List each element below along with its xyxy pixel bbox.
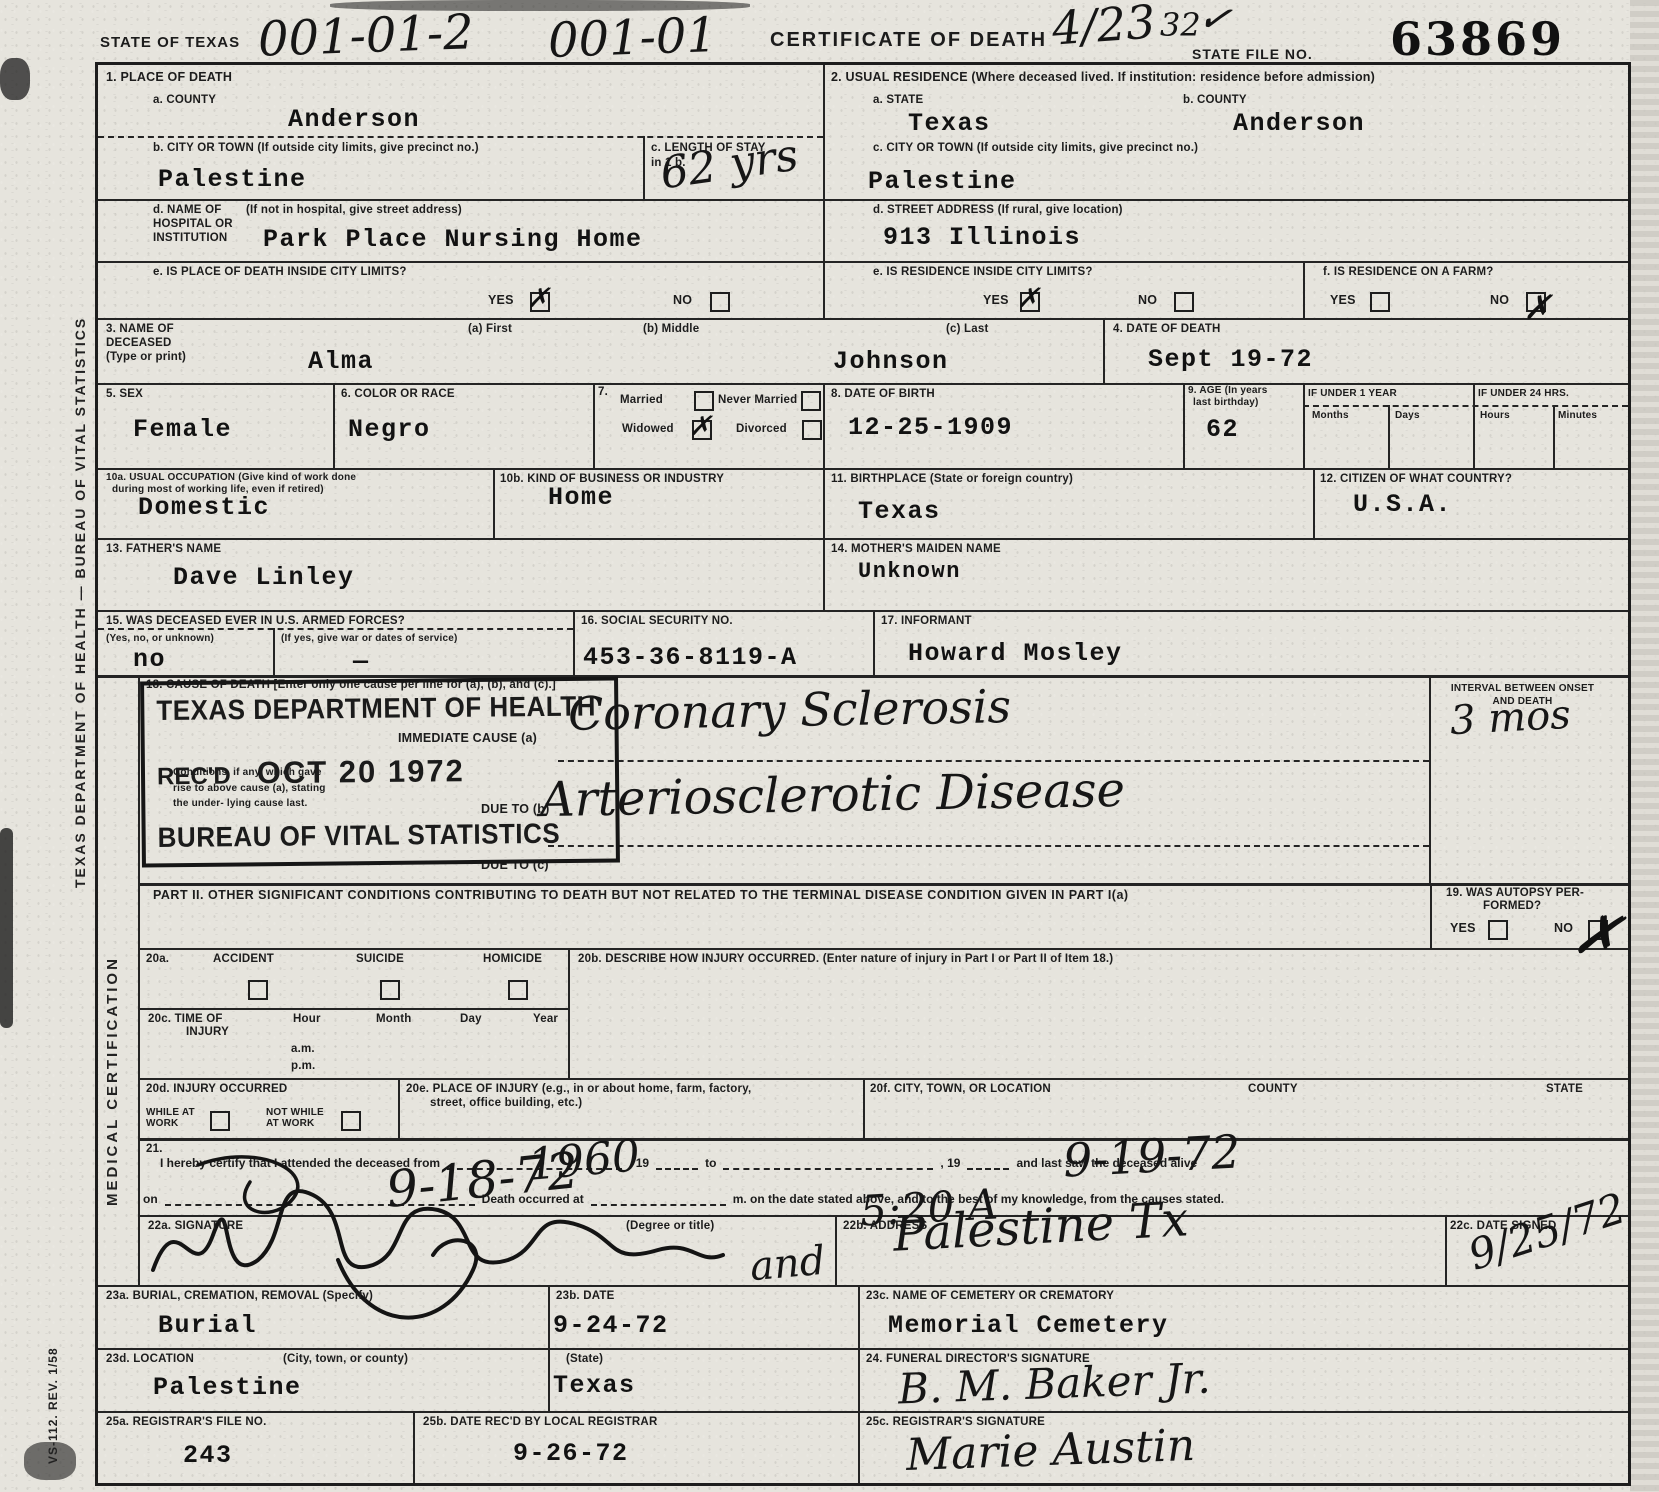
grid-line <box>1313 468 1315 538</box>
residence-county-label: b. COUNTY <box>1183 93 1247 107</box>
while-at-work-checkbox <box>210 1111 230 1131</box>
cause-a-handwritten: Coronary Sclerosis <box>568 679 1012 741</box>
while-at-work-label-2: WORK <box>146 1118 178 1131</box>
marital-label: 7. <box>598 385 608 399</box>
hospital-label-2: HOSPITAL OR <box>153 217 233 231</box>
certificate-form-grid: 1. PLACE OF DEATH a. COUNTY Anderson 2. … <box>95 62 1631 1486</box>
birthplace-label: 11. BIRTHPLACE (State or foreign country… <box>831 472 1073 486</box>
grid-line <box>273 628 275 675</box>
grid-line <box>1303 383 1305 468</box>
suicide-label: SUICIDE <box>356 952 404 966</box>
residence-city-label: c. CITY OR TOWN (If outside city limits,… <box>873 141 1198 155</box>
grid-line <box>1183 383 1185 468</box>
date-of-death-label: 4. DATE OF DEATH <box>1113 322 1221 336</box>
injury-state-label: STATE <box>1546 1082 1583 1096</box>
residence-city-limits-no-checkbox <box>1174 292 1194 312</box>
grid-line <box>413 1411 415 1483</box>
residence-state-label: a. STATE <box>873 93 923 107</box>
form-code: VS-112. REV. 1/58 <box>46 1347 60 1464</box>
divorced-checkbox <box>802 420 822 440</box>
sex-value: Female <box>133 415 232 444</box>
grid-line <box>493 468 495 538</box>
citizen-label: 12. CITIZEN OF WHAT COUNTRY? <box>1320 472 1512 486</box>
autopsy-label-2: FORMED? <box>1483 899 1541 913</box>
check-mark: ✗ <box>1017 283 1040 314</box>
homicide-checkbox <box>508 980 528 1000</box>
signature-label: 22a. SIGNATURE <box>148 1219 243 1233</box>
degree-title-label: (Degree or title) <box>626 1219 714 1233</box>
no-label: NO <box>1138 293 1157 309</box>
residence-farm-no-checkbox: ✗ <box>1526 292 1546 312</box>
grid-line <box>1553 405 1555 468</box>
age-value: 62 <box>1206 415 1239 444</box>
grid-line <box>398 1078 400 1138</box>
grid-line <box>98 318 1628 320</box>
file-no-label: STATE FILE NO. <box>1192 46 1313 64</box>
days-label: Days <box>1395 410 1420 423</box>
never-married-label: Never Married <box>718 393 797 407</box>
cause-a-line <box>558 760 1429 762</box>
state-label: STATE OF TEXAS <box>100 34 240 53</box>
location-city-value: Palestine <box>153 1373 302 1402</box>
handwritten-fraction: 4/23 <box>1050 0 1157 56</box>
widowed-label: Widowed <box>622 422 674 436</box>
ssn-label: 16. SOCIAL SECURITY NO. <box>581 614 733 628</box>
handwritten-code-right: 001-01 <box>547 7 718 69</box>
no-label: NO <box>1490 293 1509 309</box>
city-label: b. CITY OR TOWN (If outside city limits,… <box>153 141 479 155</box>
interval-a-handwritten: 3 mos <box>1449 692 1572 744</box>
scan-smudge <box>0 828 13 1028</box>
signature-suffix-handwritten: and <box>748 1238 827 1290</box>
year-label: Year <box>533 1012 558 1026</box>
not-while-at-work-checkbox <box>341 1111 361 1131</box>
grid-line <box>1473 383 1475 468</box>
ssn-value: 453-36-8119-A <box>583 643 798 672</box>
hour-label: Hour <box>293 1012 321 1026</box>
mother-name-value: Unknown <box>858 559 961 584</box>
grid-line <box>835 1215 837 1285</box>
no-label: NO <box>673 293 692 309</box>
autopsy-yes-checkbox <box>1488 920 1508 940</box>
part2-label: PART II. OTHER SIGNIFICANT CONDITIONS CO… <box>153 888 1129 904</box>
burial-date-label: 23b. DATE <box>556 1289 614 1303</box>
race-label: 6. COLOR OR RACE <box>341 387 455 401</box>
name-title-3: (Type or print) <box>106 350 186 364</box>
place-of-injury-label-1: 20e. PLACE OF INJURY (e.g., in or about … <box>406 1082 751 1096</box>
registrar-file-value: 243 <box>183 1441 233 1470</box>
residence-city-limits-yes-checkbox: ✗ <box>1020 292 1040 312</box>
state-file-number: 63869 <box>1390 12 1565 66</box>
grid-line <box>98 610 1628 612</box>
married-label: Married <box>620 393 663 407</box>
grid-line <box>643 136 645 199</box>
grid-line <box>1103 318 1105 383</box>
page-title: CERTIFICATE OF DEATH <box>770 28 1047 53</box>
county-label: a. COUNTY <box>153 93 216 107</box>
last-name-label: (c) Last <box>946 322 989 336</box>
grid-line <box>138 948 1628 950</box>
location-label: 23d. LOCATION <box>106 1352 194 1366</box>
scan-edge-band <box>1630 0 1659 1492</box>
residence-farm-yes-checkbox <box>1370 292 1390 312</box>
grid-line <box>823 383 825 468</box>
burial-label: 23a. BURIAL, CREMATION, REMOVAL (Specify… <box>106 1289 373 1303</box>
divorced-label: Divorced <box>736 422 787 436</box>
grid-line <box>823 468 825 538</box>
grid-line <box>98 136 823 138</box>
cause-b-line <box>548 845 1429 847</box>
grid-line <box>568 948 570 1078</box>
check-mark: ✗ <box>689 411 712 442</box>
handwritten-tick: ✓ <box>1194 0 1235 45</box>
death-city-limits-yes-checkbox: ✗ <box>530 292 550 312</box>
armed-forces-dash: — <box>353 647 370 676</box>
stamp-line-3: BUREAU OF VITAL STATISTICS <box>158 816 604 854</box>
first-name-label: (a) First <box>468 322 512 336</box>
time-of-injury-label-2: INJURY <box>186 1025 229 1039</box>
accident-checkbox <box>248 980 268 1000</box>
check-mark: ✗ <box>1523 288 1552 328</box>
residence-state-value: Texas <box>908 109 991 138</box>
grid-line <box>1303 261 1305 318</box>
place-of-injury-label-2: street, office building, etc.) <box>430 1096 582 1110</box>
location-sub1: (City, town, or county) <box>283 1352 408 1366</box>
homicide-label: HOMICIDE <box>483 952 542 966</box>
certify-text-4: , 19 <box>940 1156 960 1170</box>
grid-line <box>98 199 1628 201</box>
minutes-label: Minutes <box>1558 410 1597 423</box>
last-name-value: Johnson <box>833 347 949 376</box>
armed-forces-sub2: (If yes, give war or dates of service) <box>281 633 458 646</box>
describe-injury-label: 20b. DESCRIBE HOW INJURY OCCURRED. (Ente… <box>578 952 1113 966</box>
grid-line <box>98 383 1628 385</box>
grid-line <box>823 538 825 610</box>
street-address-label: d. STREET ADDRESS (If rural, give locati… <box>873 203 1123 217</box>
armed-forces-label: 15. WAS DECEASED EVER IN U.S. ARMED FORC… <box>106 614 405 628</box>
grid-line <box>1303 405 1628 407</box>
day-label: Day <box>460 1012 482 1026</box>
cemetery-value: Memorial Cemetery <box>888 1311 1169 1340</box>
injury-county-label: COUNTY <box>1248 1082 1298 1096</box>
registrar-date-value: 9-26-72 <box>513 1439 629 1468</box>
armed-forces-value: no <box>133 645 166 674</box>
if-under-24-hrs-label: IF UNDER 24 HRS. <box>1478 388 1569 401</box>
usual-residence-title: 2. USUAL RESIDENCE (Where deceased lived… <box>831 70 1375 86</box>
handwritten-code-left: 001-01-2 <box>257 4 474 67</box>
injury-occurred-label: 20d. INJURY OCCURRED <box>146 1082 287 1096</box>
grid-line <box>1388 405 1390 468</box>
check-mark: ✗ <box>527 283 550 314</box>
street-address-value: 913 Illinois <box>883 223 1081 252</box>
month-label: Month <box>376 1012 411 1026</box>
grid-line <box>858 1285 860 1348</box>
hospital-value: Park Place Nursing Home <box>263 225 643 254</box>
grid-line <box>863 1078 865 1138</box>
age-label-2: last birthday) <box>1193 397 1259 410</box>
injury-city-label: 20f. CITY, TOWN, OR LOCATION <box>870 1082 1051 1096</box>
residence-city-value: Palestine <box>868 167 1017 196</box>
grid-line <box>858 1411 860 1483</box>
death-certificate-scan: TEXAS DEPARTMENT OF HEALTH — BUREAU OF V… <box>0 0 1659 1492</box>
place-of-death-title: 1. PLACE OF DEATH <box>106 70 232 86</box>
grid-line <box>98 538 1628 540</box>
burial-value: Burial <box>158 1311 257 1340</box>
never-married-checkbox <box>801 391 821 411</box>
grid-line <box>873 610 875 675</box>
autopsy-no-mark: ✗ <box>1569 898 1627 972</box>
date-of-death-value: Sept 19-72 <box>1148 345 1313 374</box>
citizen-value: U.S.A. <box>1353 490 1452 519</box>
mother-name-label: 14. MOTHER'S MAIDEN NAME <box>831 542 1001 556</box>
accident-label: ACCIDENT <box>213 952 274 966</box>
physician-signature <box>138 1140 758 1340</box>
residence-farm-label: f. IS RESIDENCE ON A FARM? <box>1323 265 1493 279</box>
dob-value: 12-25-1909 <box>848 413 1013 442</box>
grid-line <box>138 883 1628 886</box>
middle-name-label: (b) Middle <box>643 322 699 336</box>
married-checkbox <box>694 391 714 411</box>
grid-line <box>98 468 1628 470</box>
residence-county-value: Anderson <box>1233 109 1365 138</box>
grid-line <box>1445 1215 1447 1285</box>
yes-label: YES <box>1450 921 1476 937</box>
race-value: Negro <box>348 415 431 444</box>
burial-date-value: 9-24-72 <box>553 1311 669 1340</box>
county-value: Anderson <box>288 105 420 134</box>
armed-forces-sub1: (Yes, no, or unknown) <box>106 633 214 646</box>
occupation-value: Domestic <box>138 493 270 522</box>
registrar-file-label: 25a. REGISTRAR'S FILE NO. <box>106 1415 266 1429</box>
received-stamp: TEXAS DEPARTMENT OF HEALTH REC'D OCT 20 … <box>140 677 620 868</box>
informant-label: 17. INFORMANT <box>881 614 972 628</box>
grid-line <box>823 65 825 318</box>
registrar-date-label: 25b. DATE REC'D BY LOCAL REGISTRAR <box>423 1415 657 1429</box>
accident-section-label: 20a. <box>146 952 169 966</box>
cause-b-handwritten: Arteriosclerotic Disease <box>540 762 1126 828</box>
name-title-2: DECEASED <box>106 336 172 350</box>
residence-city-limits-label: e. IS RESIDENCE INSIDE CITY LIMITS? <box>873 265 1093 279</box>
age-label-1: 9. AGE (In years <box>1188 385 1268 398</box>
months-label: Months <box>1312 410 1349 423</box>
city-value: Palestine <box>158 165 307 194</box>
industry-value: Home <box>548 483 614 512</box>
registrar-signature: Marie Austin <box>905 1420 1196 1481</box>
widowed-checkbox: ✗ <box>692 420 712 440</box>
grid-line <box>98 1411 1628 1413</box>
dob-label: 8. DATE OF BIRTH <box>831 387 935 401</box>
grid-line <box>333 383 335 468</box>
grid-line <box>858 1348 860 1411</box>
am-label: a.m. <box>291 1042 315 1056</box>
cemetery-label: 23c. NAME OF CEMETERY OR CREMATORY <box>866 1289 1114 1303</box>
name-title-1: 3. NAME OF <box>106 322 174 336</box>
no-label: NO <box>1554 921 1573 937</box>
informant-value: Howard Mosley <box>908 639 1123 668</box>
death-city-limits-label: e. IS PLACE OF DEATH INSIDE CITY LIMITS? <box>153 265 407 279</box>
if-under-1-year-label: IF UNDER 1 YEAR <box>1308 388 1397 401</box>
hospital-label-3: INSTITUTION <box>153 231 227 245</box>
stamp-recd: REC'D <box>157 763 231 792</box>
birthplace-value: Texas <box>858 497 941 526</box>
grid-line <box>98 1348 1628 1350</box>
not-while-at-work-label-2: AT WORK <box>266 1118 314 1131</box>
grid-line <box>98 261 1628 263</box>
pm-label: p.m. <box>291 1059 315 1073</box>
father-name-value: Dave Linley <box>173 563 355 592</box>
yes-label: YES <box>1330 293 1356 309</box>
yes-label: YES <box>983 293 1009 309</box>
stamp-line-1: TEXAS DEPARTMENT OF HEALTH <box>156 689 602 727</box>
funeral-director-signature: B. M. Baker Jr. <box>897 1354 1211 1414</box>
left-margin-agency-text: TEXAS DEPARTMENT OF HEALTH — BUREAU OF V… <box>72 317 88 888</box>
yes-label: YES <box>488 293 514 309</box>
sex-label: 5. SEX <box>106 387 143 401</box>
grid-line <box>1429 675 1431 883</box>
location-state-value: Texas <box>553 1371 636 1400</box>
grid-line <box>573 610 575 675</box>
grid-line <box>138 1008 568 1010</box>
father-name-label: 13. FATHER'S NAME <box>106 542 221 556</box>
death-city-limits-no-checkbox <box>710 292 730 312</box>
attended-to-handwritten: 9-19-72 <box>1062 1124 1242 1187</box>
suicide-checkbox <box>380 980 400 1000</box>
grid-line <box>138 1078 1628 1080</box>
grid-line <box>548 1348 550 1411</box>
first-name-value: Alma <box>308 347 374 376</box>
location-sub2: (State) <box>566 1352 603 1366</box>
scan-smudge <box>0 58 30 100</box>
hospital-label-1: d. NAME OF <box>153 203 221 217</box>
hours-label: Hours <box>1480 410 1510 423</box>
occupation-label-1: 10a. USUAL OCCUPATION (Give kind of work… <box>106 472 356 485</box>
stamp-date: OCT 20 1972 <box>257 753 465 791</box>
grid-line <box>1430 883 1432 948</box>
hospital-paren-label: (If not in hospital, give street address… <box>246 203 462 217</box>
blank-line <box>967 1155 1009 1170</box>
grid-line <box>593 383 595 468</box>
